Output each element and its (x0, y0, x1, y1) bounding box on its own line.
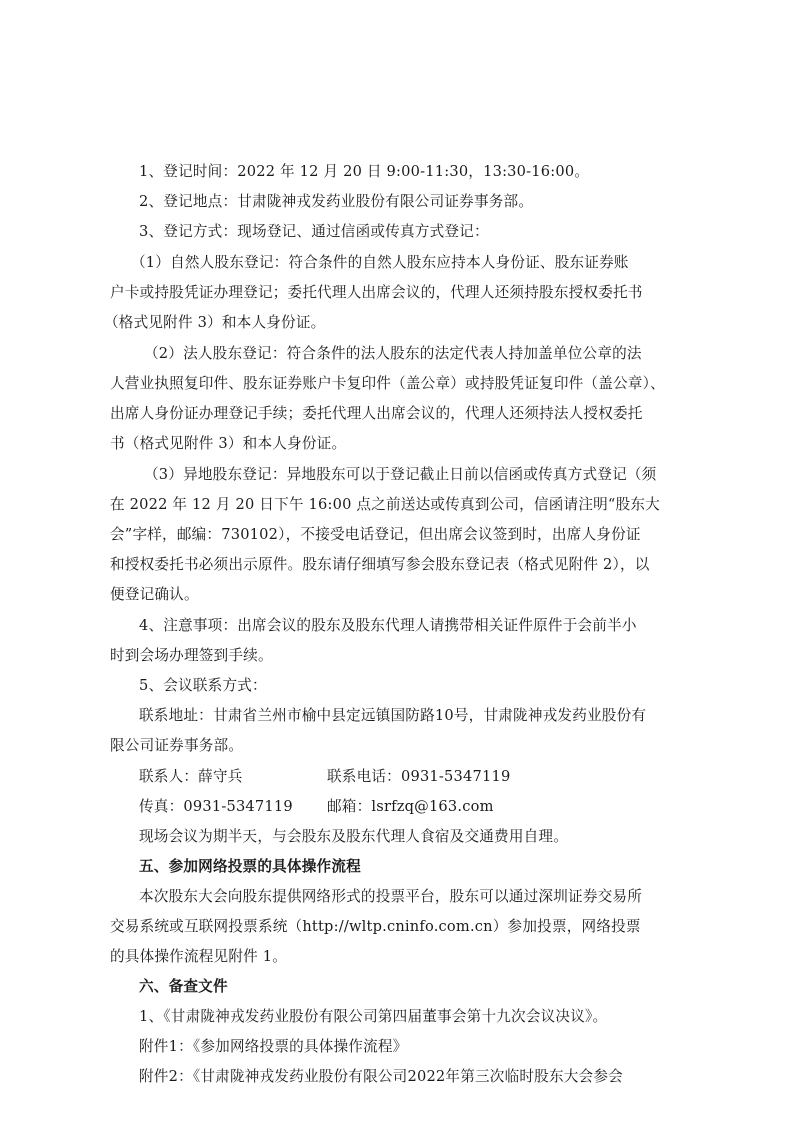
reference-document: 1、《甘肃陇神戎发药业股份有限公司第四届董事会第十九次会议决议》。 (139, 1007, 666, 1027)
paragraph-line: 人营业执照复印件、股东证券账户卡复印件（盖公章）或持股凭证复印件（盖公章）、 (110, 374, 666, 394)
paragraph-line: 限公司证券事务部。 (110, 736, 666, 756)
paragraph-line: 时到会场办理签到手续。 (110, 646, 666, 666)
contact-email: 邮箱：lsrfzq@163.com (327, 797, 494, 817)
contact-heading: 5、会议联系方式： (139, 676, 666, 696)
contact-phone: 联系电话：0931-5347119 (327, 767, 510, 787)
paragraph-line: 的具体操作流程见附件 1。 (110, 947, 666, 967)
contact-person: 联系人：薛守兵 (139, 768, 243, 785)
contact-address: 联系地址：甘肃省兰州市榆中县定远镇国防路10号，甘肃陇神戎发药业股份有 (139, 706, 666, 726)
legal-person-registration: （2）法人股东登记：符合条件的法人股东的法定代表人持加盖单位公章的法 (144, 344, 700, 364)
registration-time: 1、登记时间：2022 年 12 月 20 日 9:00-11:30，13:30… (139, 162, 666, 182)
meeting-note: 现场会议为期半天，与会股东及股东代理人食宿及交通费用自理。 (139, 827, 666, 847)
section-6-heading: 六、备查文件 (139, 977, 666, 997)
document-page: 1、登记时间：2022 年 12 月 20 日 9:00-11:30，13:30… (0, 0, 793, 1122)
remote-registration: （3）异地股东登记：异地股东可以于登记截止日前以信函或传真方式登记（须 (144, 465, 700, 485)
paragraph-line: 本次股东大会向股东提供网络形式的投票平台，股东可以通过深圳证券交易所 (139, 887, 666, 907)
notes: 4、注意事项：出席会议的股东及股东代理人请携带相关证件原件于会前半小 (139, 616, 666, 636)
registration-location: 2、登记地点：甘肃陇神戎发药业股份有限公司证券事务部。 (139, 192, 666, 212)
paragraph-line: 书（格式见附件 3）和本人身份证。 (110, 434, 666, 454)
section-5-heading: 五、参加网络投票的具体操作流程 (139, 857, 666, 877)
attachment-1: 附件1：《参加网络投票的具体操作流程》 (139, 1037, 666, 1057)
paragraph-line: 和授权委托书必须出示原件。股东请仔细填写参会股东登记表（格式见附件 2），以 (110, 555, 666, 575)
paragraph-line: 在 2022 年 12 月 20 日下午 16:00 点之前送达或传真到公司，信… (110, 495, 666, 515)
contact-row-1: 联系人：薛守兵 联系电话：0931-5347119 (139, 767, 666, 787)
paragraph-line: 出席人身份证办理登记手续；委托代理人出席会议的，代理人还须持法人授权委托 (110, 404, 666, 424)
registration-method: 3、登记方式：现场登记、通过信函或传真方式登记： (139, 222, 666, 242)
paragraph-line: 会”字样，邮编：730102），不接受电话登记，但出席会议签到时，出席人身份证 (110, 525, 666, 545)
contact-fax: 传真：0931-5347119 (139, 798, 293, 815)
paragraph-line: 便登记确认。 (110, 585, 666, 605)
natural-person-registration: （1）自然人股东登记：符合条件的自然人股东应持本人身份证、股东证券账 (131, 253, 687, 273)
contact-row-2: 传真：0931-5347119 邮箱：lsrfzq@163.com (139, 797, 666, 817)
paragraph-line: 交易系统或互联网投票系统（http://wltp.cninfo.com.cn）参… (110, 917, 666, 937)
paragraph-line: （格式见附件 3）和本人身份证。 (104, 313, 660, 333)
attachment-2: 附件2：《甘肃陇神戎发药业股份有限公司2022年第三次临时股东大会参会 (139, 1067, 666, 1087)
paragraph-line: 户卡或持股凭证办理登记；委托代理人出席会议的，代理人还须持股东授权委托书 (110, 283, 666, 303)
